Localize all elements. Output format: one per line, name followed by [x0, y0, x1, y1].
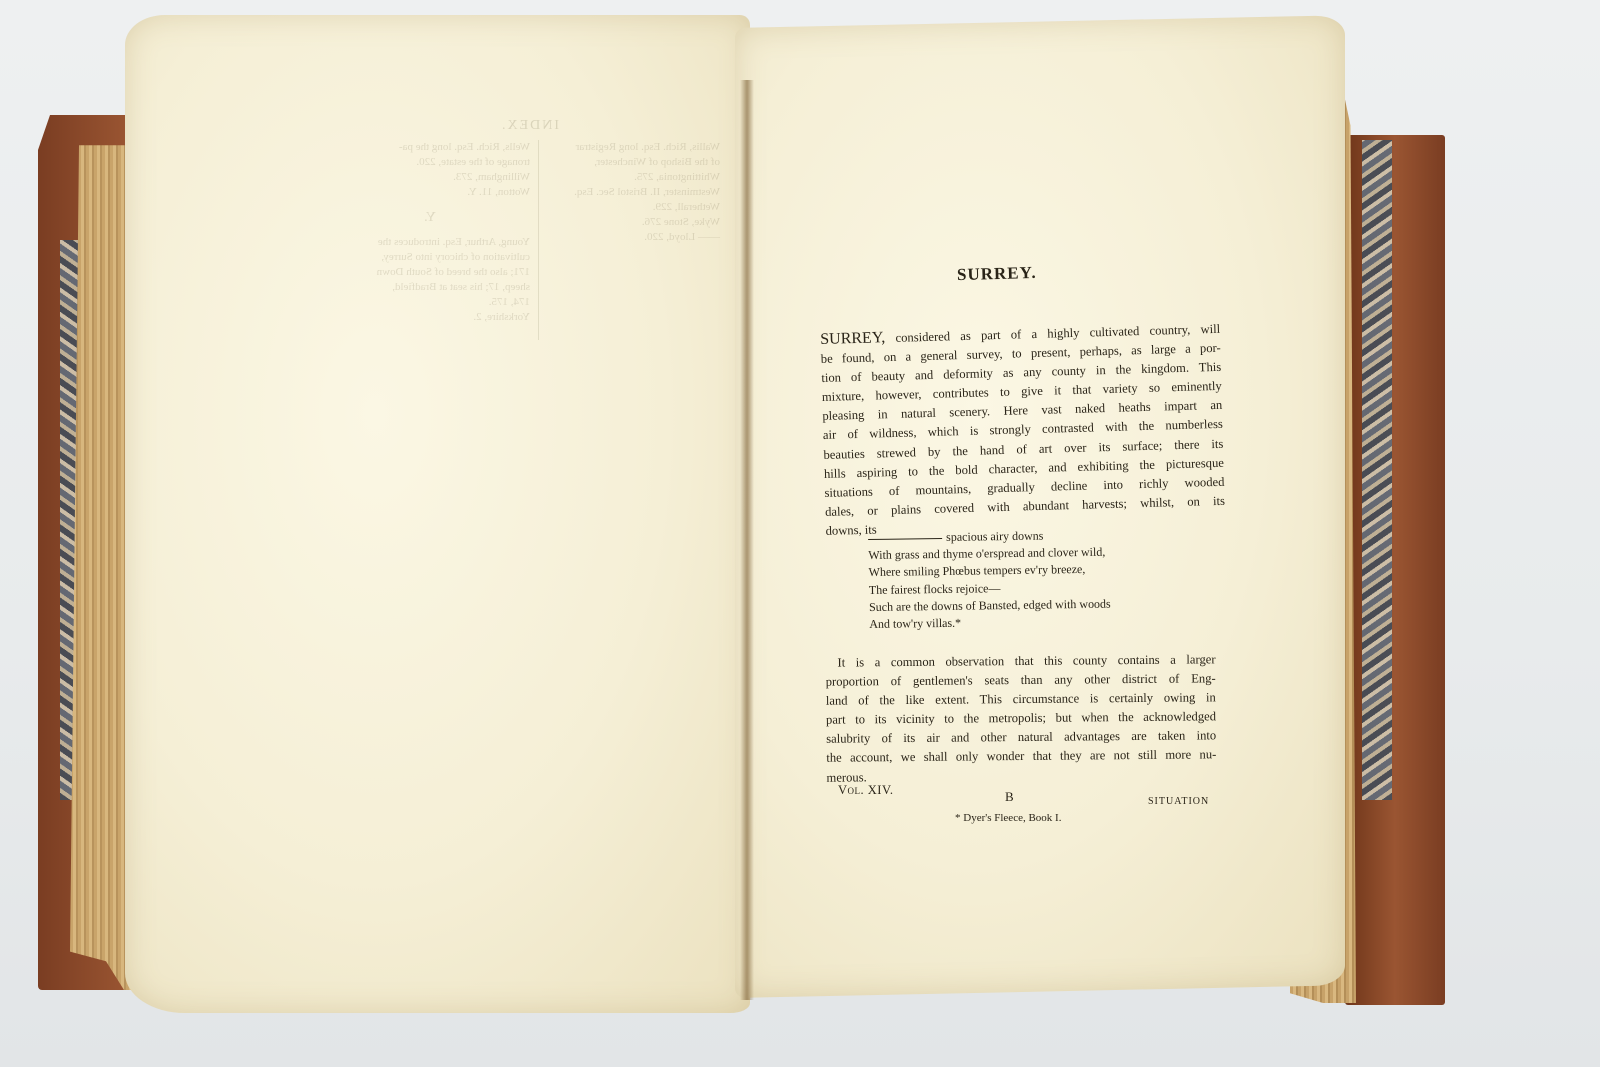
- ghost-line: Wells, Rich. Esq. long the pa-: [330, 140, 530, 155]
- ghost-letter: Y.: [330, 210, 530, 225]
- volume-label: Vol. XIV.: [838, 783, 894, 798]
- book-cover-right: [1345, 135, 1445, 1005]
- ghost-line: Wyke, Stone 276.: [540, 215, 720, 230]
- running-head: SURREY.: [957, 263, 1037, 285]
- lead-word: SURREY,: [820, 329, 886, 348]
- book-gutter: [740, 80, 754, 1000]
- ghost-column-rule: [538, 140, 539, 340]
- ghost-line: Wetherall, 229.: [540, 200, 720, 215]
- ghost-line: sheep, 17; his seat at Bradfield,: [330, 280, 530, 295]
- ghost-line: Whittingtonia, 275.: [540, 170, 720, 185]
- ghost-line: —— Lloyd, 220.: [540, 230, 720, 245]
- catchword: SITUATION: [1148, 796, 1209, 807]
- paragraph-1: SURREY, considered as part of a highly c…: [820, 319, 1226, 541]
- paragraph-2: It is a common observation that this cou…: [825, 650, 1216, 787]
- ghost-line: 171; also the breed of South Down: [330, 265, 530, 280]
- ghost-running-head: INDEX.: [500, 118, 559, 134]
- ghost-line: tronage of the estate, 220.: [330, 155, 530, 170]
- text-line: the account, we shall only wonder that t…: [826, 746, 1216, 768]
- ghost-line: of the Bishop of Winchester,: [540, 155, 720, 170]
- ghost-line: cultivation of chicory into Surrey,: [330, 250, 530, 265]
- poem-quotation: spacious airy downs With grass and thyme…: [868, 526, 1169, 633]
- marbled-edge-right: [1362, 140, 1392, 800]
- line-text: spacious airy downs: [946, 529, 1044, 544]
- signature-mark: B: [1005, 789, 1014, 805]
- ghost-line: Westminster, II. Bristol Sec. Esq.: [540, 185, 720, 200]
- ghost-line: Willingham, 273.: [330, 170, 530, 185]
- ghost-line: Wallis, Rich. Esq. long Registrar: [540, 140, 720, 155]
- ghost-line: 174, 175.: [330, 295, 530, 310]
- ghost-line: Young, Arthur, Esq. introduces the: [330, 235, 530, 250]
- footnote: * Dyer's Fleece, Book I.: [955, 812, 1061, 824]
- ghost-line: Wotton, 11. Y.: [330, 185, 530, 200]
- ghost-index-column: Wallis, Rich. Esq. long Registrar of the…: [540, 140, 720, 245]
- ghost-line: Yorkshire, 2.: [330, 310, 530, 325]
- em-rule: [868, 538, 942, 540]
- ghost-index-column: Wells, Rich. Esq. long the pa- tronage o…: [330, 140, 530, 325]
